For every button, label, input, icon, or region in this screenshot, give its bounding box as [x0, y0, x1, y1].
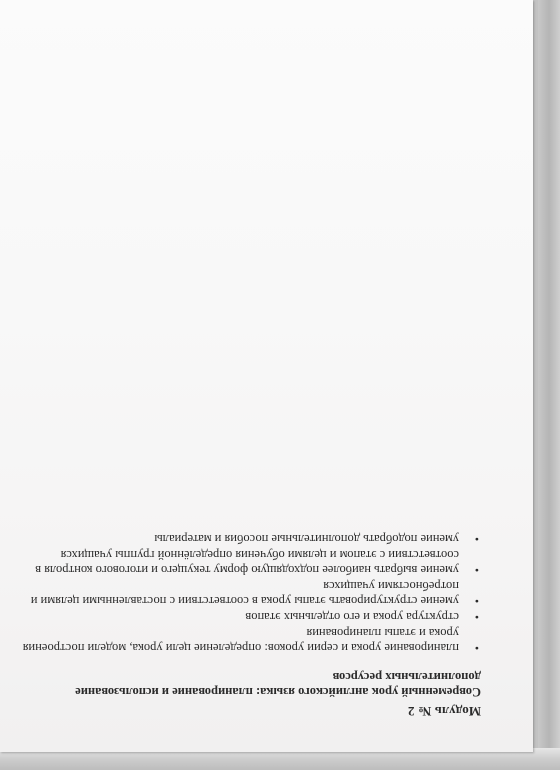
list-item: • планирование урока и серии уроков: опр…: [11, 625, 459, 655]
module-title: Модуль № 2: [11, 703, 481, 719]
topic-text: умение подобрать дополнительные пособия …: [154, 532, 459, 546]
bullet-icon: •: [475, 531, 479, 546]
topic-text: планирование урока и серии уроков: опред…: [23, 626, 459, 655]
sleeve-edge-right: [538, 0, 560, 770]
bullet-icon: •: [475, 593, 479, 608]
topic-text: умение структурировать этапы урока в соо…: [31, 579, 459, 608]
topic-text: структура урока и его отдельных этапов: [245, 610, 459, 624]
bullet-icon: •: [475, 640, 479, 655]
bullet-icon: •: [475, 562, 479, 577]
topic-text: умение выбрать наиболее подходящую форму…: [35, 548, 459, 577]
list-item: • умение подобрать дополнительные пособи…: [11, 531, 459, 546]
bullet-icon: •: [475, 609, 479, 624]
list-item: • умение структурировать этапы урока в с…: [11, 578, 459, 608]
scanned-page: Модуль № 2 Современный урок английского …: [0, 0, 533, 752]
rotated-content: Модуль № 2 Современный урок английского …: [0, 0, 533, 752]
list-item: • умение выбрать наиболее подходящую фор…: [11, 547, 459, 577]
topic-list: • планирование урока и серии уроков: опр…: [11, 531, 481, 655]
list-item: • структура урока и его отдельных этапов: [11, 609, 459, 624]
text-block: Модуль № 2 Современный урок английского …: [11, 530, 481, 719]
course-title: Современный урок английского языка: план…: [11, 669, 481, 699]
